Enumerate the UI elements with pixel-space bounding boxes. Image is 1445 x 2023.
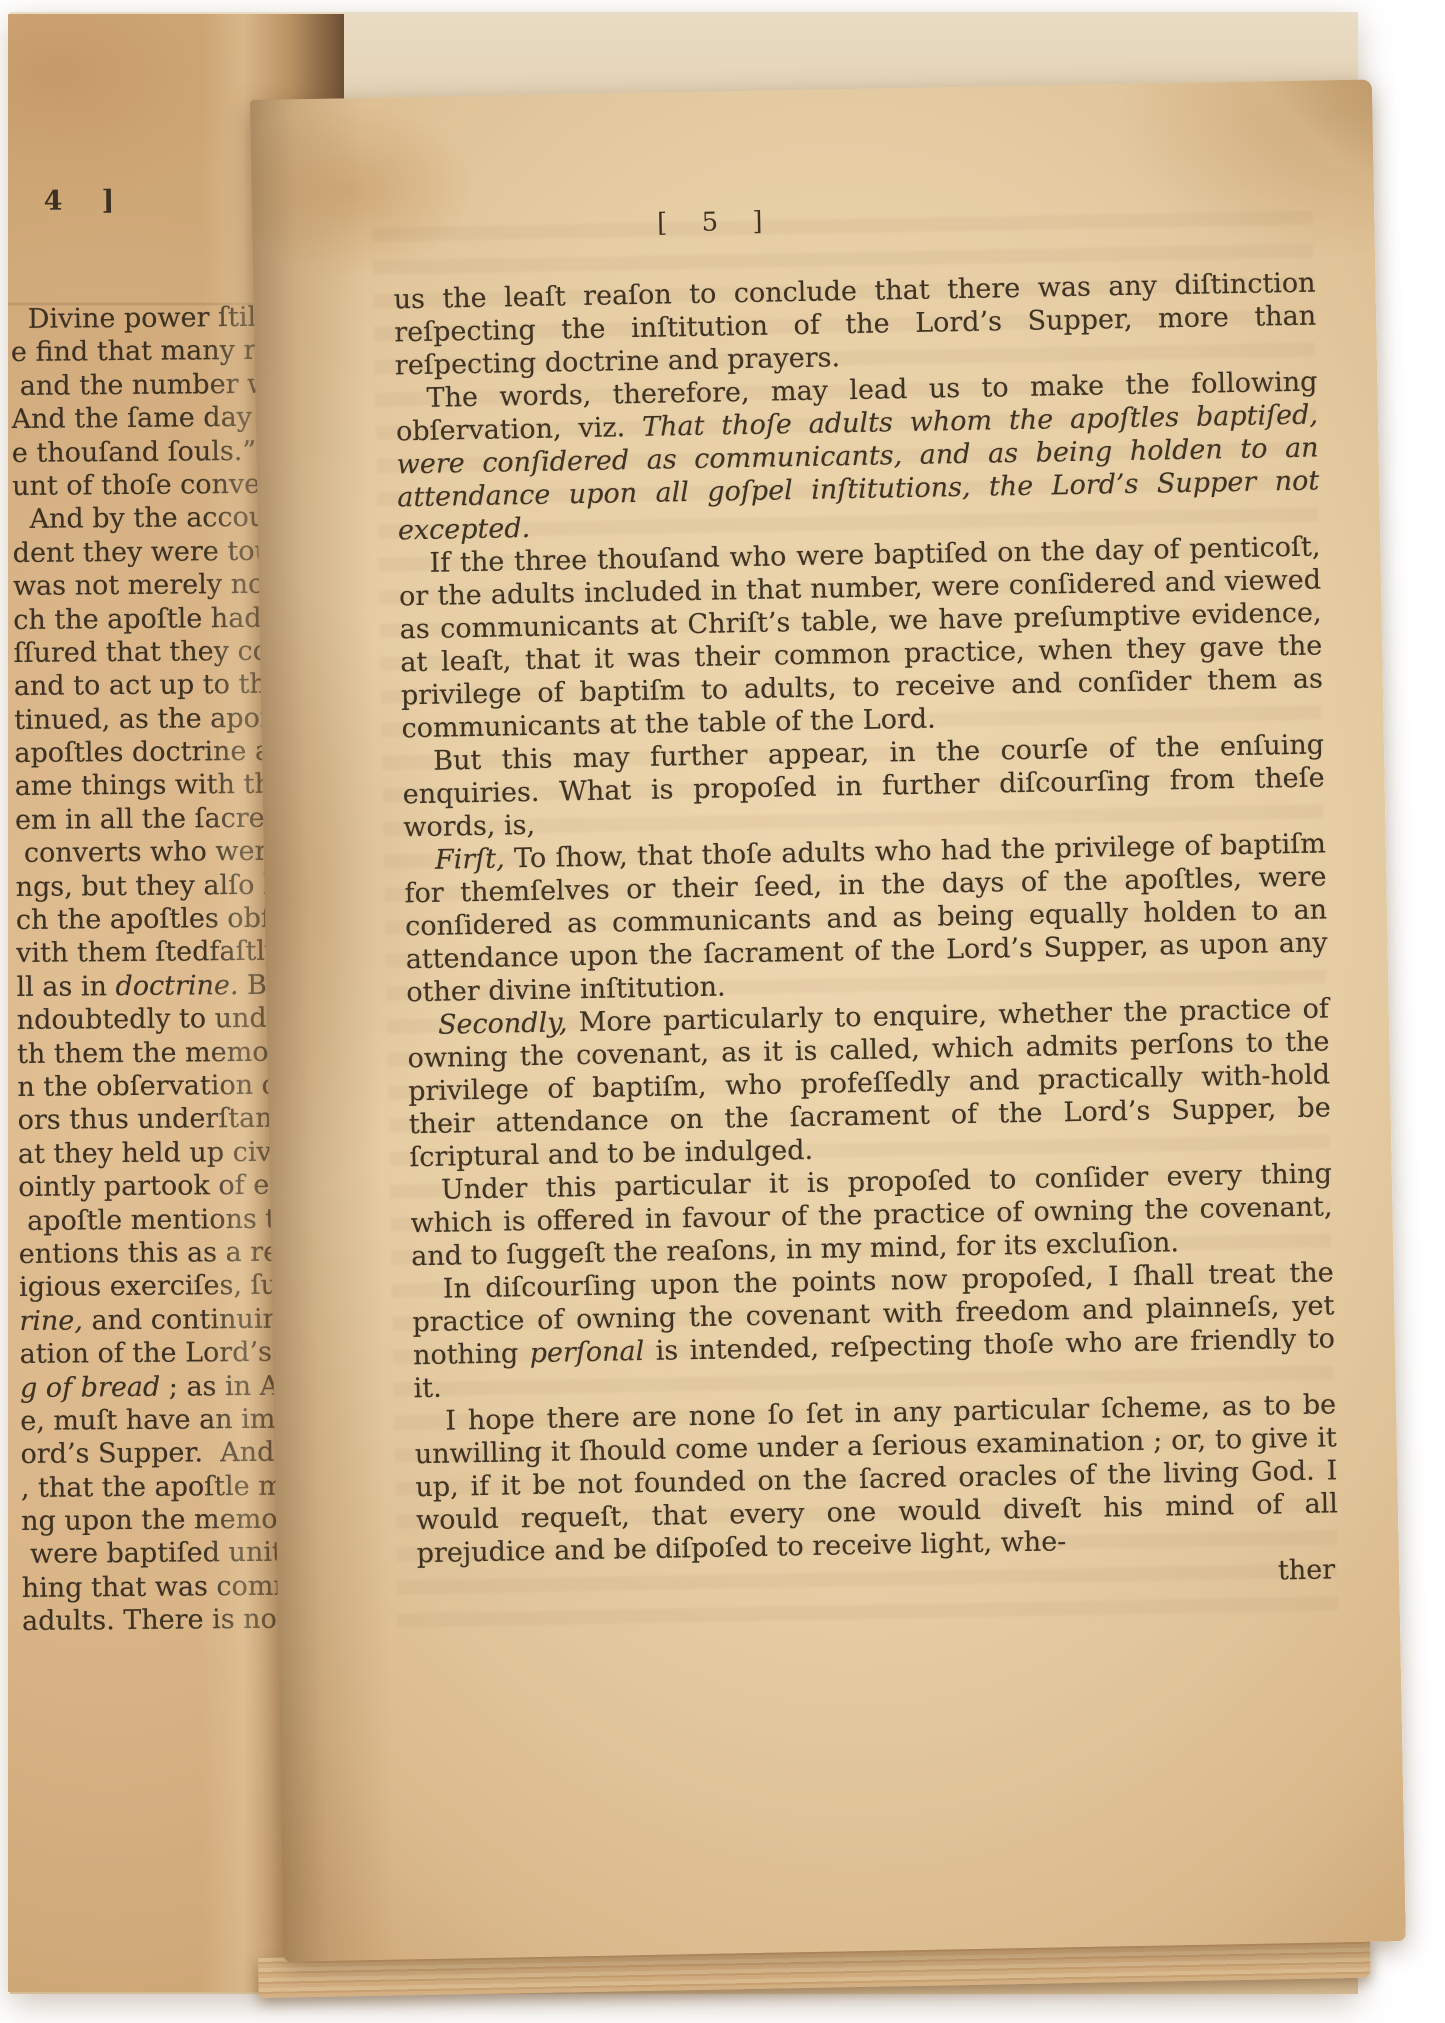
paragraph: The words, therefore, may lead us to mak… xyxy=(395,365,1320,547)
bent-corner xyxy=(1252,79,1374,171)
paragraph: But this may further appear, in the cour… xyxy=(402,728,1326,844)
paragraph: If the three thouſand who were baptiſed … xyxy=(398,530,1323,745)
right-page-number: [ 5 ] xyxy=(636,206,797,239)
paragraph: I hope there are none ſo ſet in any part… xyxy=(414,1388,1339,1570)
paragraph: Under this particular it is propoſed to … xyxy=(410,1157,1334,1273)
right-page-text-block: [ 5 ] us the leaſt reaſon to conclude th… xyxy=(392,197,1339,1604)
paragraph: Firſt, To ſhow, that thoſe adults who ha… xyxy=(404,827,1329,1009)
paragraph: In diſcourſing upon the points now propo… xyxy=(412,1256,1336,1405)
paragraph: Secondly, More particularly to enquire, … xyxy=(407,992,1332,1174)
book-photo: 4 ] Divine power ſtill attendee find tha… xyxy=(0,0,1445,2023)
right-page: [ 5 ] us the leaſt reaſon to conclude th… xyxy=(250,79,1406,1961)
right-page-text: us the leaſt reaſon to conclude that the… xyxy=(393,267,1338,1571)
paragraph: us the leaſt reaſon to conclude that the… xyxy=(393,267,1317,383)
